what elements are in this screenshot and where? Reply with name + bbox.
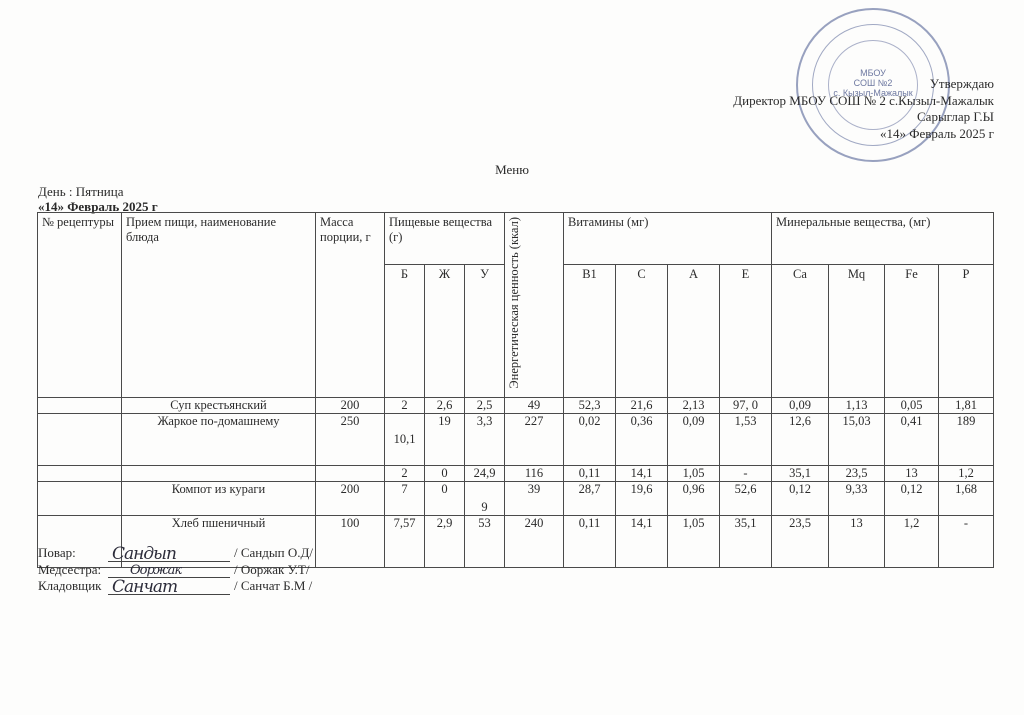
header-energy: Энергетическая ценность (ккал) (507, 217, 521, 389)
cell-fe: 1,2 (885, 515, 939, 567)
cell-mg: 9,33 (829, 481, 885, 515)
cell-a: 0,96 (668, 481, 720, 515)
cell-mass: 250 (316, 413, 385, 465)
signature-row-cook: Повар: Сандып / Сандып О.Д/ (38, 545, 313, 562)
cell-c: 14,1 (616, 465, 668, 481)
cell-b1: 0,11 (564, 465, 616, 481)
cell-kcal: 49 (505, 397, 564, 413)
cell-b: 10,1 (385, 413, 425, 465)
header-vit-b1: В1 (564, 265, 616, 397)
signature-role: Медсестра: (38, 562, 108, 579)
cell-mg: 1,13 (829, 397, 885, 413)
header-p: Р (939, 265, 994, 397)
header-mg: Мq (829, 265, 885, 397)
header-mass: Масса порции, г (316, 213, 385, 398)
cell-fe: 0,12 (885, 481, 939, 515)
document-title: Меню (0, 162, 1024, 178)
cell-e: 97, 0 (720, 397, 772, 413)
signature-row-storekeeper: Кладовщик Санчат / Санчат Б.М / (38, 578, 313, 595)
day-label: День : Пятница (38, 184, 123, 200)
cell-a: 1,05 (668, 515, 720, 567)
cell-dish: Жаркое по-домашнему (122, 413, 316, 465)
header-fat: Ж (425, 265, 465, 397)
handwritten-signature: Санчат (112, 579, 177, 596)
cell-p: - (939, 515, 994, 567)
header-protein: Б (385, 265, 425, 397)
cell-kcal: 227 (505, 413, 564, 465)
cell-mg: 13 (829, 515, 885, 567)
signatures-block: Повар: Сандып / Сандып О.Д/ Медсестра: О… (38, 545, 313, 595)
cell-b: 2 (385, 397, 425, 413)
table-row: Жаркое по-домашнему25010,1193,32270,020,… (38, 413, 994, 465)
signature-role: Повар: (38, 545, 108, 562)
header-vit-a: А (668, 265, 720, 397)
cell-zh: 19 (425, 413, 465, 465)
cell-dish (122, 465, 316, 481)
cell-mg: 23,5 (829, 465, 885, 481)
cell-p: 1,81 (939, 397, 994, 413)
cell-c: 0,36 (616, 413, 668, 465)
signature-role: Кладовщик (38, 578, 108, 595)
cell-recipe (38, 413, 122, 465)
header-carbs: У (465, 265, 505, 397)
menu-table: № рецептуры Прием пищи, наименование блю… (37, 212, 994, 568)
cell-ca: 0,09 (772, 397, 829, 413)
cell-e: - (720, 465, 772, 481)
cell-p: 1,68 (939, 481, 994, 515)
cell-mass: 200 (316, 481, 385, 515)
cell-u: 9 (465, 481, 505, 515)
cell-mg: 15,03 (829, 413, 885, 465)
cell-a: 0,09 (668, 413, 720, 465)
cell-recipe (38, 465, 122, 481)
header-nutrients: Пищевые вещества (г) (385, 213, 505, 265)
cell-mass (316, 465, 385, 481)
cell-u: 3,3 (465, 413, 505, 465)
cell-recipe (38, 481, 122, 515)
cell-e: 35,1 (720, 515, 772, 567)
cell-c: 19,6 (616, 481, 668, 515)
cell-c: 21,6 (616, 397, 668, 413)
signature-name: / Санчат Б.М / (234, 578, 312, 595)
cell-p: 189 (939, 413, 994, 465)
cell-fe: 0,05 (885, 397, 939, 413)
cell-ca: 0,12 (772, 481, 829, 515)
header-dish: Прием пищи, наименование блюда (122, 213, 316, 398)
cell-b1: 28,7 (564, 481, 616, 515)
cell-kcal: 39 (505, 481, 564, 515)
cell-kcal: 116 (505, 465, 564, 481)
header-fe: Fe (885, 265, 939, 397)
cell-zh: 2,9 (425, 515, 465, 567)
header-vit-c: С (616, 265, 668, 397)
cell-p: 1,2 (939, 465, 994, 481)
cell-dish: Компот из кураги (122, 481, 316, 515)
cell-b: 2 (385, 465, 425, 481)
cell-b1: 0,11 (564, 515, 616, 567)
header-ca: Са (772, 265, 829, 397)
approval-date: «14» Февраль 2025 г (733, 126, 994, 143)
cell-recipe (38, 397, 122, 413)
approval-person: Сарыглар Г.Ы (733, 109, 994, 126)
cell-b: 7,57 (385, 515, 425, 567)
cell-a: 2,13 (668, 397, 720, 413)
approval-block: Утверждаю Директор МБОУ СОШ № 2 с.Кызыл-… (733, 76, 994, 142)
cell-zh: 0 (425, 465, 465, 481)
signature-name: / Сандып О.Д/ (234, 545, 313, 562)
signature-name: / Ооржак У.Т/ (234, 562, 309, 579)
cell-c: 14,1 (616, 515, 668, 567)
header-vitamins: Витамины (мг) (564, 213, 772, 265)
cell-e: 1,53 (720, 413, 772, 465)
table-row: 2024,91160,1114,11,05-35,123,5131,2 (38, 465, 994, 481)
approval-heading: Утверждаю (733, 76, 994, 93)
cell-zh: 2,6 (425, 397, 465, 413)
signature-row-nurse: Медсестра: Ооржак / Ооржак У.Т/ (38, 562, 313, 579)
signature-line: Сандып (108, 549, 230, 562)
cell-u: 24,9 (465, 465, 505, 481)
handwritten-signature: Сандып (112, 546, 176, 563)
cell-mass: 200 (316, 397, 385, 413)
cell-ca: 23,5 (772, 515, 829, 567)
cell-b: 7 (385, 481, 425, 515)
header-recipe-no: № рецептуры (38, 213, 122, 398)
cell-fe: 0,41 (885, 413, 939, 465)
cell-u: 53 (465, 515, 505, 567)
approval-position: Директор МБОУ СОШ № 2 с.Кызыл-Мажалык (733, 93, 994, 110)
cell-fe: 13 (885, 465, 939, 481)
cell-ca: 12,6 (772, 413, 829, 465)
table-row: Компот из кураги2007093928,719,60,9652,6… (38, 481, 994, 515)
cell-zh: 0 (425, 481, 465, 515)
cell-a: 1,05 (668, 465, 720, 481)
cell-dish: Суп крестьянский (122, 397, 316, 413)
cell-b1: 0,02 (564, 413, 616, 465)
cell-b1: 52,3 (564, 397, 616, 413)
cell-e: 52,6 (720, 481, 772, 515)
cell-u: 2,5 (465, 397, 505, 413)
header-minerals: Минеральные вещества, (мг) (772, 213, 994, 265)
header-vit-e: Е (720, 265, 772, 397)
table-row: Суп крестьянский20022,62,54952,321,62,13… (38, 397, 994, 413)
cell-kcal: 240 (505, 515, 564, 567)
cell-ca: 35,1 (772, 465, 829, 481)
header-energy-cell: Энергетическая ценность (ккал) (505, 213, 564, 398)
signature-line: Санчат (108, 582, 230, 595)
cell-mass: 100 (316, 515, 385, 567)
